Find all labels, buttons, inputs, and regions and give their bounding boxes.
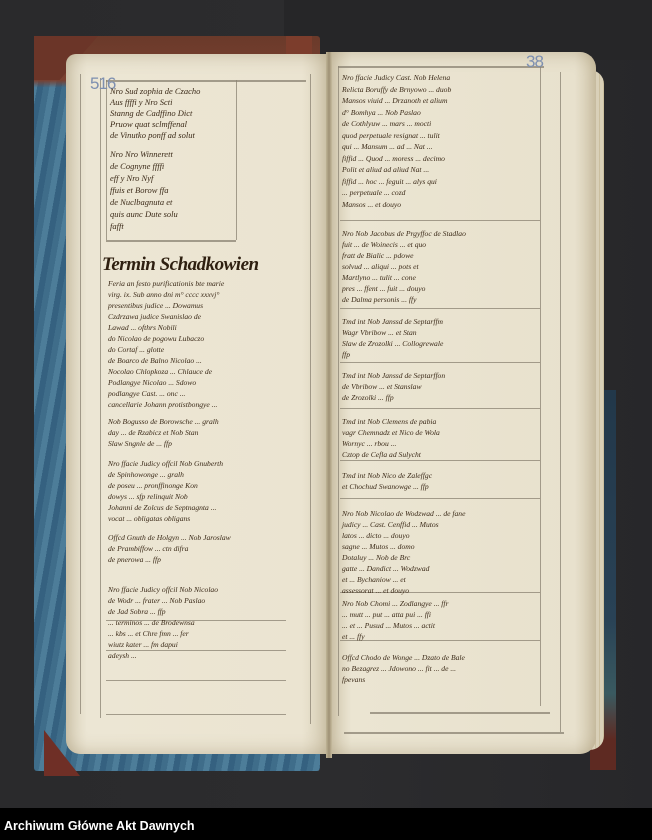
manuscript-entry: Nro ffacie Judicy Cast. Nob Helena Relic…: [342, 72, 542, 210]
margin-rule-right: [310, 74, 311, 724]
margin-rule-left: [338, 66, 339, 716]
ruled-line-top: [338, 66, 544, 68]
ruled-line: [340, 408, 540, 409]
manuscript-entry: Tmd int Nob Janssd de Septarffon de Vbri…: [342, 370, 542, 403]
manuscript-entry: Nro Nob Chomi ... Zodlangye ... ffr ... …: [342, 598, 542, 642]
ruled-line: [340, 498, 540, 499]
right-page: 38 Nro ffacie Judicy Cast. Nob Helena Re…: [330, 52, 596, 754]
ruled-line: [106, 714, 286, 715]
cover-spine-cap: [286, 36, 312, 54]
book-gutter: [326, 52, 332, 758]
margin-rule-left: [80, 74, 81, 714]
manuscript-entry: Nro Nob Jacobus de Prgyffoc de Stadlao f…: [342, 228, 542, 305]
manuscript-entry: Nob Bogusso de Borowsche ... gralh day .…: [108, 416, 308, 449]
manuscript-entry: Offcd Gnuth de Holgyn ... Nob Jaroslaw d…: [108, 532, 308, 565]
ruled-line: [370, 712, 550, 714]
manuscript-entry: Feria an festo purificationis bte marie …: [108, 278, 308, 410]
ruled-line-bottom: [344, 732, 564, 734]
box-rule-right: [236, 80, 237, 240]
archive-caption: Archiwum Główne Akt Dawnych: [4, 819, 195, 833]
manuscript-entry: Nro ffacie Judicy offcil Nob Gnuberth de…: [108, 458, 308, 524]
boxed-entry: Nro Nro Winnerett de Cognyne ffffi eff y…: [110, 148, 234, 232]
margin-rule-left-inner: [100, 78, 101, 718]
manuscript-entry: Tmd int Nob Nico de Zaleffgc et Chochud …: [342, 470, 542, 492]
folio-number-right: 38: [526, 52, 543, 72]
manuscript-entry: Tmd int Nob Janssd de Septarffm Wagr Vbr…: [342, 316, 542, 360]
box-rule-top: [106, 80, 306, 82]
ruled-line: [340, 220, 540, 221]
boxed-entry: Nro Sud zophia de Czacho Aus ffffi y Nro…: [110, 86, 234, 141]
box-rule-left: [106, 80, 107, 240]
box-rule-bottom: [106, 240, 236, 242]
section-heading: Termin Schadkowien: [102, 254, 259, 276]
ruled-line: [340, 460, 540, 461]
manuscript-entry: Tmd int Nob Clemens de pabia vagr Chemna…: [342, 416, 542, 460]
margin-rule-outer: [560, 72, 561, 732]
manuscript-entry: Nro ffacie Judicy offcil Nob Nicolao de …: [108, 584, 308, 661]
ruled-line: [340, 308, 540, 309]
left-page: 516 Nro Sud zophia de Czacho Aus ffffi y…: [66, 54, 328, 754]
scan-background-shadow: [284, 0, 652, 60]
ruled-line: [340, 362, 540, 363]
manuscript-entry: Nro Nob Nicolao de Wodzwad ... de fane j…: [342, 508, 542, 596]
ruled-line: [106, 680, 286, 681]
manuscript-entry: Offcd Chodo de Wonge ... Dzato de Bale n…: [342, 652, 542, 685]
